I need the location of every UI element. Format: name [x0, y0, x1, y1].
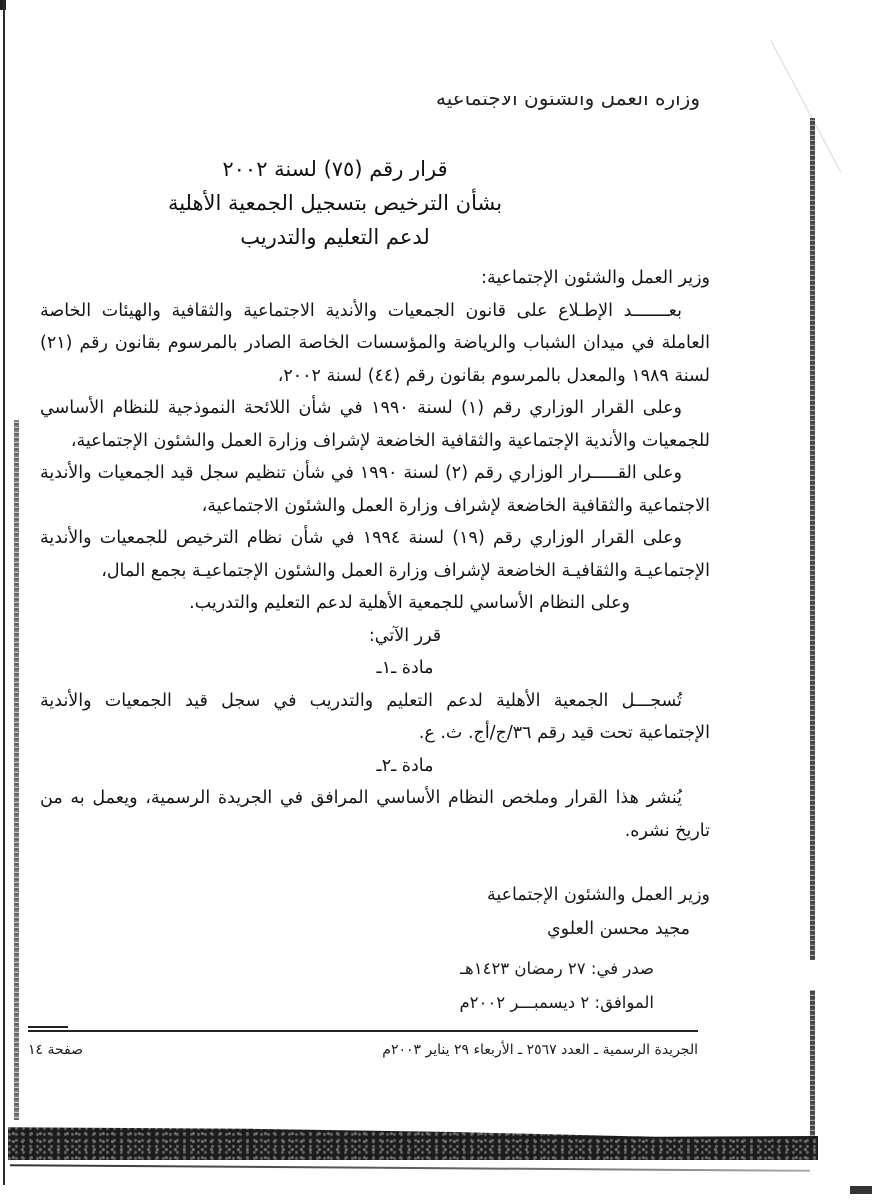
decision-subject-line2: لدعم التعليم والتدريب	[40, 220, 630, 254]
footer-divider	[28, 1030, 698, 1032]
preamble-clause: وعلى القرار الوزاري رقم (١) لسنة ١٩٩٠ في…	[40, 392, 710, 457]
decision-body: وزير العمل والشئون الإجتماعية: بعـــــــ…	[40, 262, 710, 847]
signatory-name: مجيد محسن العلوي	[547, 912, 690, 946]
scan-corner-mark	[850, 1186, 872, 1194]
issue-dates: صدر في: ٢٧ رمضان ١٤٢٣هـ الموافق: ٢ ديسمب…	[459, 952, 654, 1020]
issue-date-gregorian: الموافق: ٢ ديسمبـــر ٢٠٠٢م	[459, 986, 654, 1020]
ministry-header-clipped: وزارة العمل والشئون الاجتماعية	[436, 96, 700, 110]
preamble-clause: وعلى القرار الوزاري رقم (١٩) لسنة ١٩٩٤ ف…	[40, 522, 710, 587]
scan-left-edge	[3, 0, 5, 1185]
issue-date-hijri: صدر في: ٢٧ رمضان ١٤٢٣هـ	[459, 952, 654, 986]
gazette-reference: الجريدة الرسمية ـ العدد ٢٥٦٧ ـ الأربعاء …	[382, 1040, 698, 1060]
page-fold-line	[770, 40, 841, 173]
binding-edge-right	[810, 118, 815, 1158]
decision-subject-line1: بشأن الترخيص بتسجيل الجمعية الأهلية	[40, 186, 630, 220]
decision-title: قرار رقم (٧٥) لسنة ٢٠٠٢ بشأن الترخيص بتس…	[40, 152, 630, 254]
preamble-clause: بعـــــــد الإطـلاع على قانون الجمعيات و…	[40, 295, 710, 393]
binding-edge-left	[14, 420, 19, 1120]
preamble-clause: وعلى النظام الأساسي للجمعية الأهلية لدعم…	[40, 587, 710, 620]
binding-gap	[806, 960, 818, 990]
scan-bottom-rule	[10, 1164, 810, 1172]
article-1-text: تُسجـــل الجمعية الأهلية لدعم التعليم وا…	[40, 685, 710, 750]
article-2-heading: مادة ـ٢ـ	[40, 750, 710, 783]
decision-number: قرار رقم (٧٥) لسنة ٢٠٠٢	[40, 152, 630, 186]
signatory-title: وزير العمل والشئون الإجتماعية	[487, 878, 710, 912]
document-page: وزارة العمل والشئون الاجتماعية قرار رقم …	[40, 0, 710, 1110]
footer-divider-tick	[28, 1026, 68, 1028]
page-number: صفحة ١٤	[28, 1040, 83, 1060]
scan-shadow-band	[8, 1120, 818, 1160]
issuer-heading: وزير العمل والشئون الإجتماعية:	[40, 262, 710, 295]
decision-heading: قرر الآتي:	[40, 620, 710, 653]
article-1-heading: مادة ـ١ـ	[40, 652, 710, 685]
article-2-text: يُنشر هذا القرار وملخص النظام الأساسي ال…	[40, 782, 710, 847]
preamble-clause: وعلى القـــــرار الوزاري رقم (٢) لسنة ١٩…	[40, 457, 710, 522]
ministry-header-text: وزارة العمل والشئون الاجتماعية	[436, 96, 700, 108]
